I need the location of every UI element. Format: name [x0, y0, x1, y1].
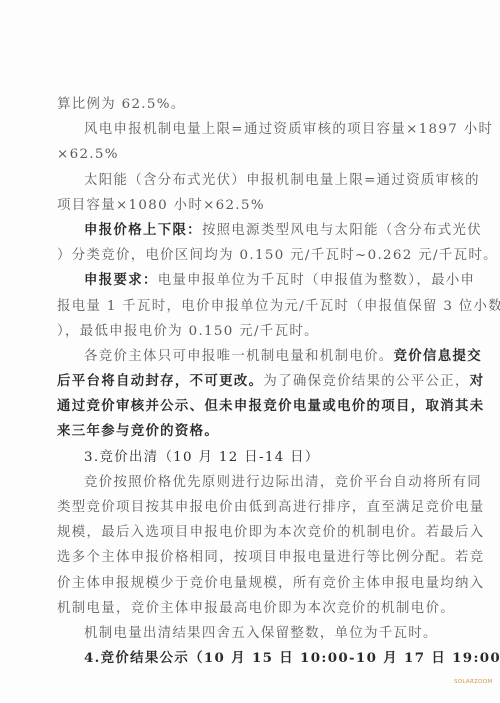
bold-text: 后平台将自动封存，不可更改。 [57, 373, 263, 389]
text-line: 项目容量×1080 小时×62.5% [57, 193, 435, 218]
text-segment: 竞价按照价格优先原则进行边际出清，竞价平台自动将所有同 [84, 475, 482, 490]
text-segment: 选多个主体申报价格相同，按项目申报电量进行等比例分配。若竞 [57, 550, 484, 565]
text-line: 通过竞价审核并公示、但未申报竞价电量或电价的项目，取消其未 [57, 394, 435, 419]
text-line: 4.竞价结果公示（10 月 15 日 10:00-10 月 17 日 19:00… [57, 646, 435, 671]
text-segment: 机制电量出清结果四舍五入保留整数，单位为千瓦时。 [84, 626, 438, 641]
text-line: 机制电量出清结果四舍五入保留整数，单位为千瓦时。 [57, 621, 435, 646]
text-segment: 报电量 1 千瓦时，电价申报单位为元/千瓦时（申报值保留 3 位小数 [57, 299, 500, 314]
bold-text: 对 [470, 373, 485, 389]
document-page: 算比例为 62.5%。风电申报机制电量上限=通过资质审核的项目容量×1897 小… [57, 92, 435, 671]
text-line: 算比例为 62.5%。 [57, 92, 435, 117]
text-segment: 为了确保竞价结果的公平公正， [263, 374, 469, 389]
text-line: 风电申报机制电量上限=通过资质审核的项目容量×1897 小时 [57, 117, 435, 142]
text-segment: 太阳能（含分布式光伏）申报机制电量上限=通过资质审核的 [84, 173, 480, 188]
bold-text: 竞价信息提交 [394, 348, 482, 364]
bold-text: 来三年参与竞价的资格。 [57, 423, 219, 439]
bold-text: 申报价格上下限： [84, 222, 202, 238]
text-segment: 项目容量×1080 小时×62.5% [57, 198, 265, 213]
text-line: 来三年参与竞价的资格。 [57, 419, 435, 444]
text-segment: ），最低申报电价为 0.150 元/千瓦时。 [57, 324, 319, 339]
text-segment: 类型竞价项目按其申报电价由低到高进行排序，直至满足竞价电量 [57, 500, 484, 515]
text-segment: 电量申报单位为千瓦时（申报值为整数），最小申 [158, 273, 476, 288]
text-line: 申报要求：电量申报单位为千瓦时（申报值为整数），最小申 [57, 268, 435, 293]
text-segment: 规模，最后入选项目申报电价即为本次竞价的机制电价。若最后入 [57, 525, 484, 540]
text-segment: ）分类竞价，电价区间均为 0.150 元/千瓦时~0.262 元/千瓦时。 [57, 248, 498, 263]
section-heading: 3.竞价出清（10 月 12 日-14 日） [84, 450, 320, 465]
text-segment: 价主体申报规模少于竞价电量规模，所有竞价主体申报电量均纳入 [57, 576, 484, 591]
text-line: 各竞价主体只可申报唯一机制电量和机制电价。竞价信息提交 [57, 344, 435, 369]
text-line: ），最低申报电价为 0.150 元/千瓦时。 [57, 319, 435, 344]
text-segment: 机制电量，竞价主体申报最高电价即为本次竞价的机制电价。 [57, 601, 455, 616]
bold-text: 4.竞价结果公示（10 月 15 日 10:00-10 月 17 日 19:00… [84, 650, 500, 666]
text-segment: 算比例为 62.5%。 [57, 97, 186, 112]
text-line: 价主体申报规模少于竞价电量规模，所有竞价主体申报电量均纳入 [57, 571, 435, 596]
text-segment: 风电申报机制电量上限=通过资质审核的项目容量×1897 小时 [84, 122, 493, 137]
bold-text: 申报要求： [84, 272, 158, 288]
text-line: 类型竞价项目按其申报电价由低到高进行排序，直至满足竞价电量 [57, 495, 435, 520]
text-segment: 按照电源类型风电与太阳能（含分布式光伏 [202, 223, 482, 238]
text-line: ×62.5% [57, 142, 435, 167]
text-line: 3.竞价出清（10 月 12 日-14 日） [57, 445, 435, 470]
text-line: 竞价按照价格优先原则进行边际出清，竞价平台自动将所有同 [57, 470, 435, 495]
bold-text: 通过竞价审核并公示、但未申报竞价电量或电价的项目，取消其未 [57, 398, 484, 414]
text-line: 后平台将自动封存，不可更改。为了确保竞价结果的公平公正，对 [57, 369, 435, 394]
text-segment: 各竞价主体只可申报唯一机制电量和机制电价。 [84, 349, 394, 364]
text-line: 申报价格上下限：按照电源类型风电与太阳能（含分布式光伏 [57, 218, 435, 243]
watermark-logo: SOLARZOOM [454, 679, 492, 685]
text-line: 机制电量，竞价主体申报最高电价即为本次竞价的机制电价。 [57, 596, 435, 621]
text-line: 选多个主体申报价格相同，按项目申报电量进行等比例分配。若竞 [57, 545, 435, 570]
text-line: 报电量 1 千瓦时，电价申报单位为元/千瓦时（申报值保留 3 位小数 [57, 294, 435, 319]
text-line: 规模，最后入选项目申报电价即为本次竞价的机制电价。若最后入 [57, 520, 435, 545]
text-segment: ×62.5% [57, 147, 119, 162]
text-line: ）分类竞价，电价区间均为 0.150 元/千瓦时~0.262 元/千瓦时。 [57, 243, 435, 268]
text-line: 太阳能（含分布式光伏）申报机制电量上限=通过资质审核的 [57, 168, 435, 193]
